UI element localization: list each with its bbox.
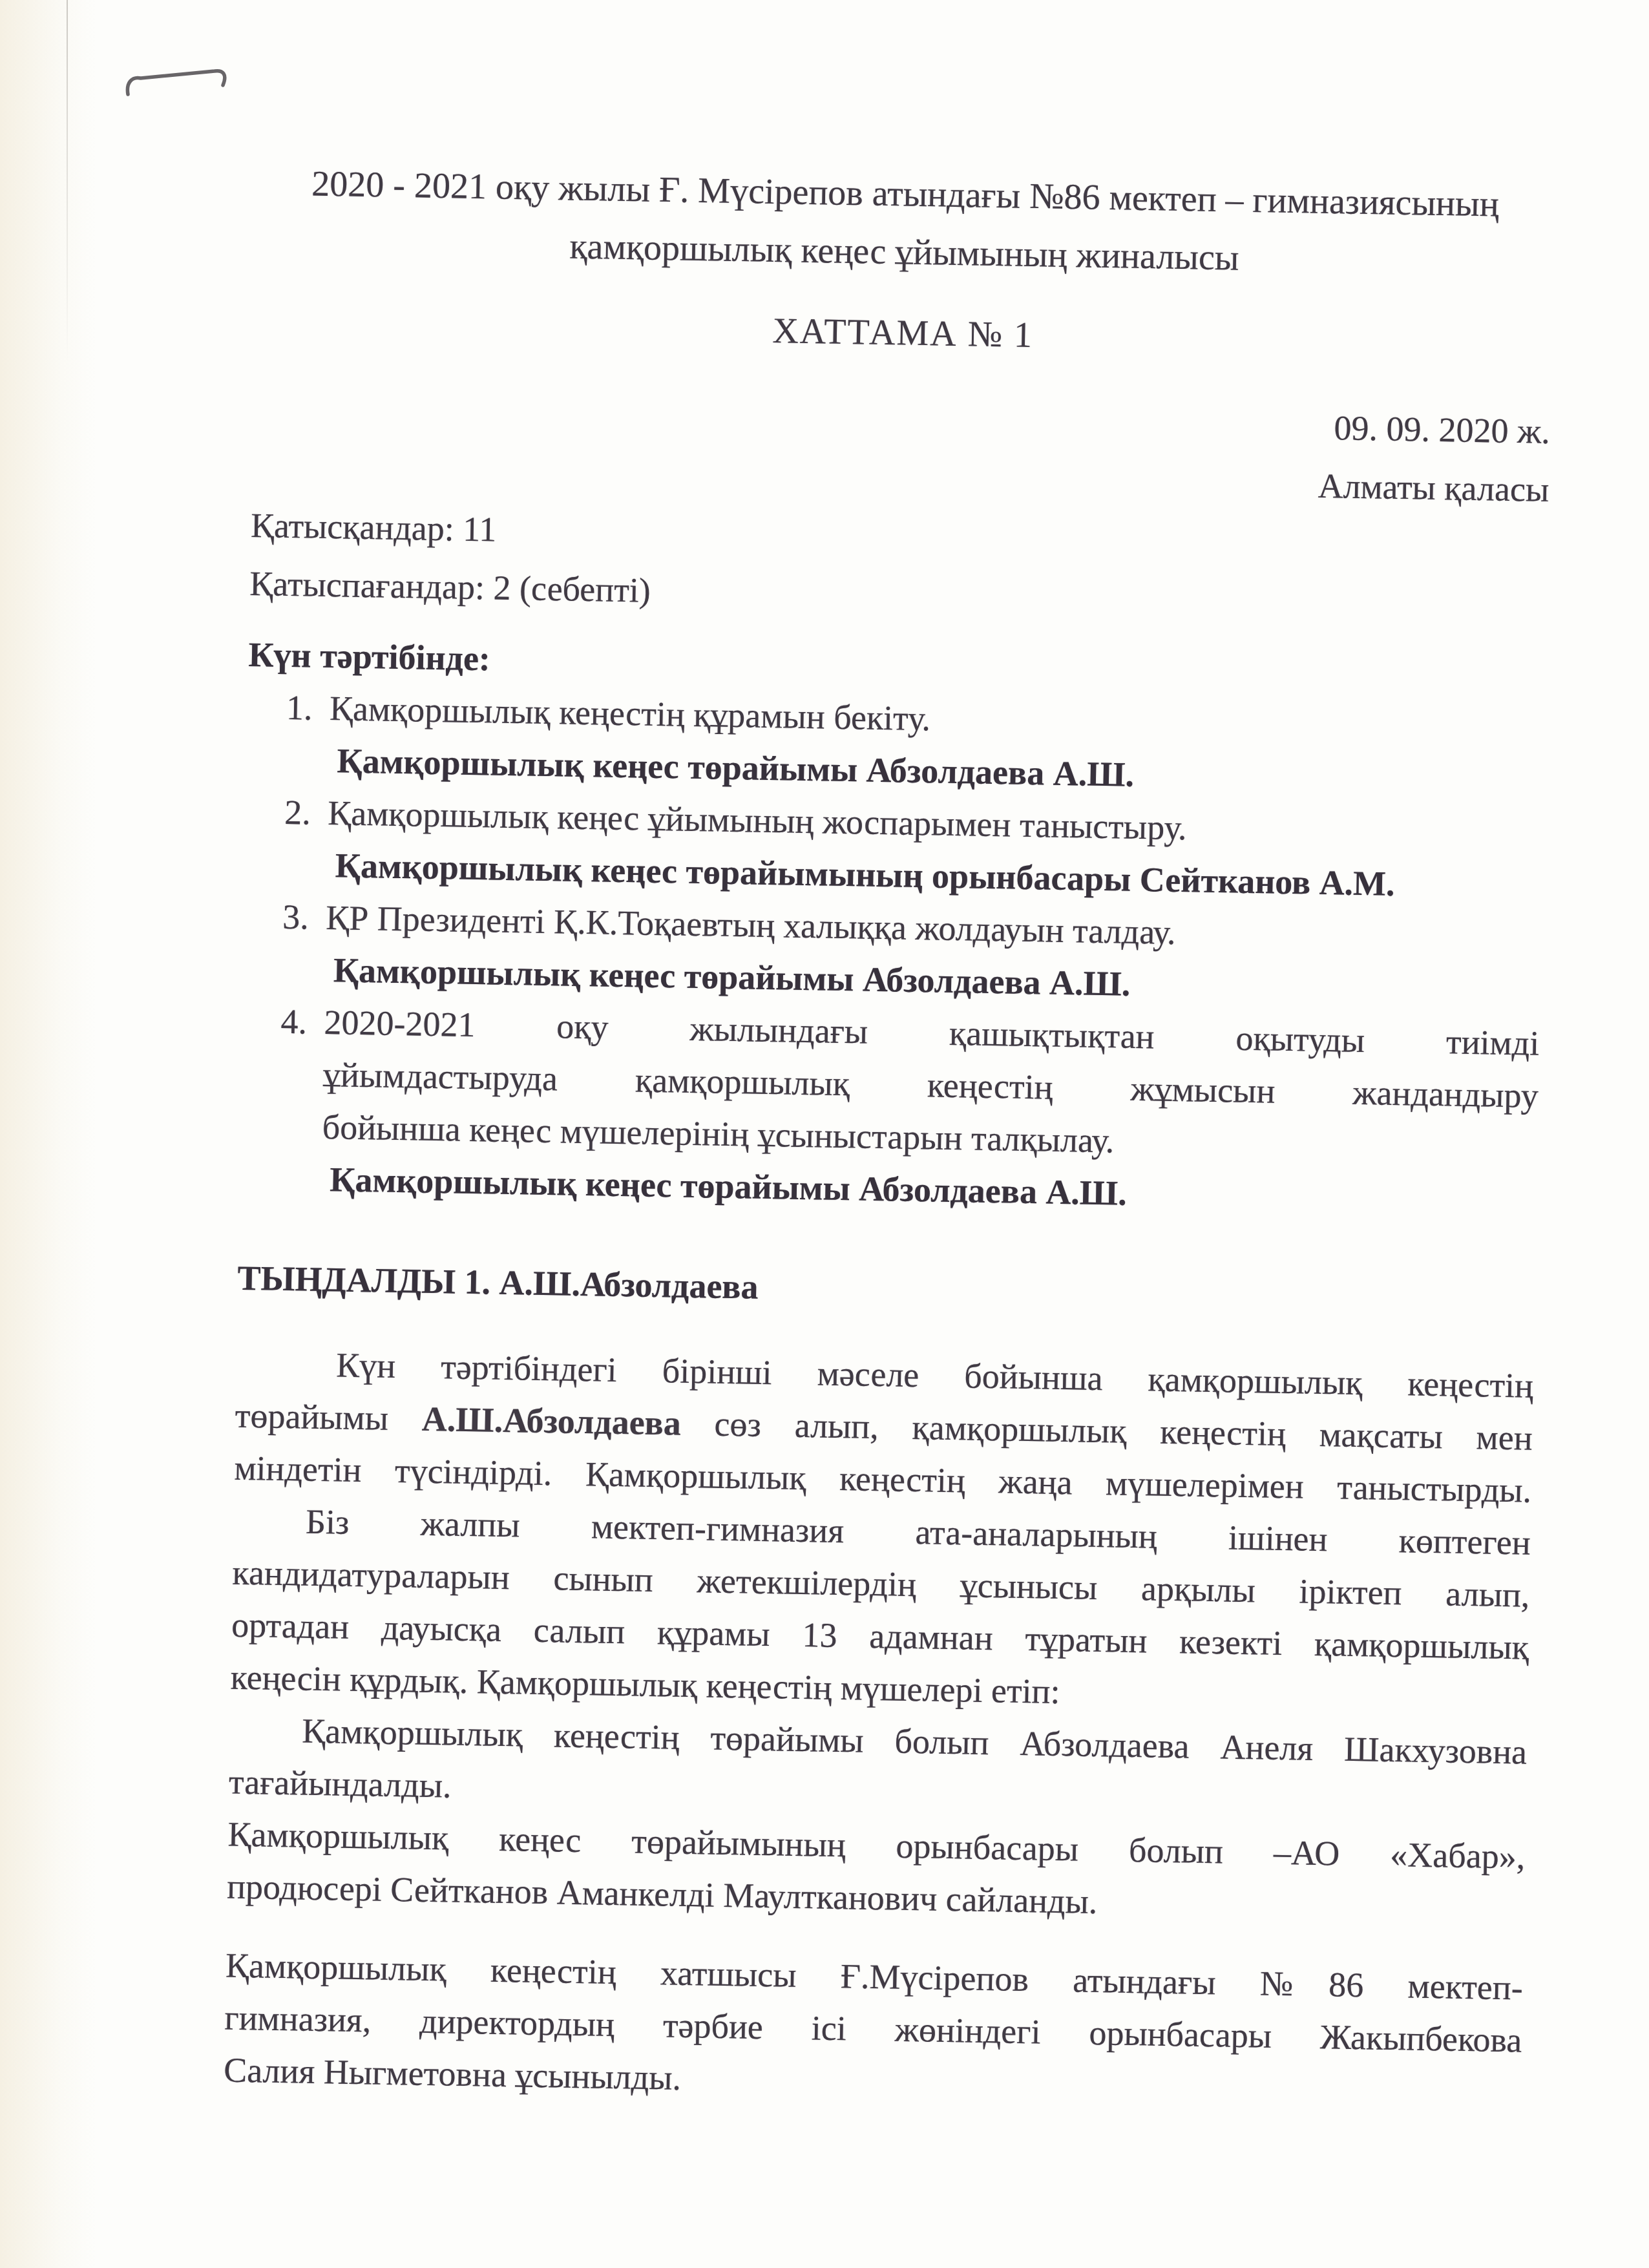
heard-p1-l2-name: А.Ш.Абзолдаева [421,1400,681,1443]
agenda-item-2-number: 2. [284,786,311,839]
agenda-item-2-text: Қамқоршылық кеңес ұйымының жоспарымен та… [328,793,1187,847]
agenda-item-3-text: ҚР Президенті Қ.К.Тоқаевтың халыққа жолд… [326,898,1176,952]
heard-section-heading: ТЫҢДАЛДЫ 1. А.Ш.Абзолдаева [237,1252,1535,1327]
agenda-item-1-number: 1. [286,682,313,735]
scanner-artifact-line [67,0,68,362]
heard-p1-l2-post: сөз алып, қамқоршылық кеңестің мақсаты м… [680,1404,1533,1458]
agenda-item-4-number: 4. [280,996,308,1049]
agenda-item-1-text: Қамқоршылық кеңестің құрамын бекіту. [330,689,931,738]
protocol-number-heading: ХАТТАМА № 1 [254,293,1552,373]
scanned-document-page: 2020 - 2021 оқу жылы Ғ. Мүсірепов атында… [0,0,1649,2268]
agenda-item-3-number: 3. [282,891,310,944]
heard-p1-l2-pre: төрайымы [235,1396,422,1438]
document-body: 2020 - 2021 оқу жылы Ғ. Мүсірепов атында… [224,154,1555,2119]
staple-mark [123,66,239,105]
agenda-item-4-text-3: бойынша кеңес мүшелерінің ұсыныстарын та… [322,1108,1115,1160]
